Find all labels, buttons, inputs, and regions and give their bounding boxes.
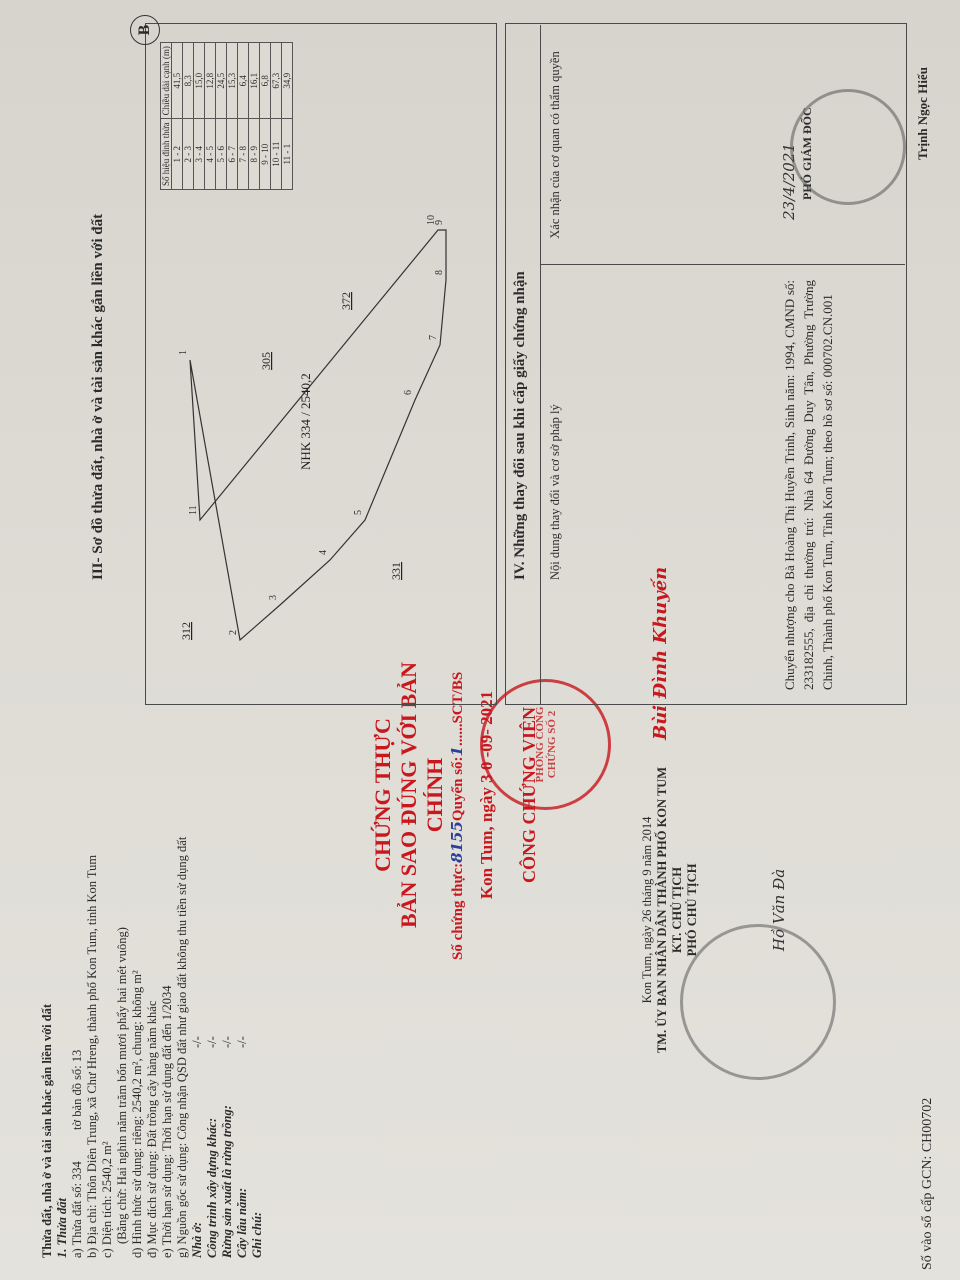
parcel-area-words: (Bằng chữ: Hai nghìn năm trăm bốn mươi p… — [115, 738, 130, 1258]
edge-row: 6 - 715,3 — [227, 43, 238, 190]
svg-text:8: 8 — [434, 270, 445, 275]
edge-row: 10 - 1167,3 — [271, 43, 282, 190]
asset-item: Rừng sản xuất là rừng trồng:-/- — [220, 738, 235, 1258]
svg-text:7: 7 — [428, 335, 439, 340]
edge-row: 1 - 241,5 — [172, 43, 183, 190]
svg-text:372: 372 — [339, 292, 353, 310]
use-form: d) Hình thức sử dụng: riêng: 2540,2 m², … — [130, 738, 145, 1258]
edge-length-table: Số hiệu đỉnh thửaChiều dài cạnh (m) 1 - … — [160, 42, 293, 190]
svg-text:6: 6 — [403, 390, 414, 395]
transfer-entry: Chuyển nhượng cho Bà Hoàng Thị Huyền Tri… — [780, 280, 837, 690]
edge-row: 2 - 38,3 — [183, 43, 194, 190]
svg-text:3: 3 — [268, 595, 279, 600]
confirm-signer: Trịnh Ngọc Hiếu — [915, 67, 931, 160]
section-iii-heading: III- Sơ đồ thửa đất, nhà ở và tài sản kh… — [90, 214, 107, 580]
svg-text:1: 1 — [178, 350, 189, 355]
section-land-info: Thửa đất, nhà ở và tài sản khác gắn liền… — [40, 738, 265, 1258]
use-purpose: đ) Mục đích sử dụng: Đất trồng cây hàng … — [145, 738, 160, 1258]
svg-text:331: 331 — [389, 562, 403, 580]
issue-date: Kon Tum, ngày 26 tháng 9 năm 2014 — [640, 760, 655, 1060]
issuer-org: TM. ỦY BAN NHÂN DÂN THÀNH PHỐ KON TUM — [655, 760, 670, 1060]
changes-col2-header: Xác nhận của cơ quan có thẩm quyền — [548, 40, 563, 250]
section-iv-heading: IV. Những thay đổi sau khi cấp giấy chứn… — [512, 271, 529, 580]
issuer-seal-icon — [680, 924, 836, 1080]
asset-items-list: Nhà ở:-/-Công trình xây dựng khác:-/-Rừn… — [190, 738, 265, 1258]
asset-item: Cây lâu năm:-/- — [235, 738, 250, 1258]
use-term: e) Thời hạn sử dụng: Thời hạn sử dụng đấ… — [160, 738, 175, 1258]
changes-divider — [540, 25, 541, 705]
section-i-heading: Thửa đất, nhà ở và tài sản khác gắn liền… — [40, 738, 55, 1258]
parcel-area: c) Diện tích: 2540,2 m² — [100, 738, 115, 1258]
edge-row: 5 - 624,5 — [216, 43, 227, 190]
section-i-sub: 1. Thửa đất — [55, 738, 70, 1258]
svg-text:4: 4 — [318, 550, 329, 555]
land-certificate-page: Thửa đất, nhà ở và tài sản khác gắn liền… — [0, 0, 960, 1280]
edge-row: 8 - 916,1 — [249, 43, 260, 190]
parcel-address: b) Địa chỉ: Thôn Diên Trung, xã Chư Hren… — [85, 738, 100, 1258]
changes-col1-header: Nội dung thay đổi và cơ sở pháp lý — [548, 404, 563, 580]
use-origin: g) Nguồn gốc sử dụng: Công nhận QSD đất … — [175, 738, 190, 1258]
asset-item: Ghi chú: — [250, 738, 265, 1258]
edge-row: 3 - 415,0 — [194, 43, 205, 190]
svg-text:5: 5 — [353, 510, 364, 515]
asset-item: Nhà ở:-/- — [190, 738, 205, 1258]
edge-row: 9 - 106,8 — [260, 43, 271, 190]
gcn-number: Số vào sổ cấp GCN: CH00702 — [920, 1098, 936, 1270]
edge-row: 7 - 86,4 — [238, 43, 249, 190]
parcel-number: a) Thửa đất số: 334 tờ bản đồ số: 13 — [70, 738, 85, 1258]
edge-row: 11 - 134,9 — [282, 43, 293, 190]
svg-text:2: 2 — [228, 630, 239, 635]
svg-text:312: 312 — [179, 622, 193, 640]
asset-item: Công trình xây dựng khác:-/- — [205, 738, 220, 1258]
confirm-seal-icon — [790, 89, 906, 205]
north-arrow-icon: B — [130, 15, 160, 45]
svg-text:11: 11 — [188, 505, 199, 515]
svg-text:NHK 334 / 2540,2: NHK 334 / 2540,2 — [298, 373, 313, 470]
svg-text:10: 10 — [426, 215, 437, 225]
svg-text:305: 305 — [259, 352, 273, 370]
changes-column-divider — [540, 264, 905, 265]
edge-row: 4 - 512,8 — [205, 43, 216, 190]
